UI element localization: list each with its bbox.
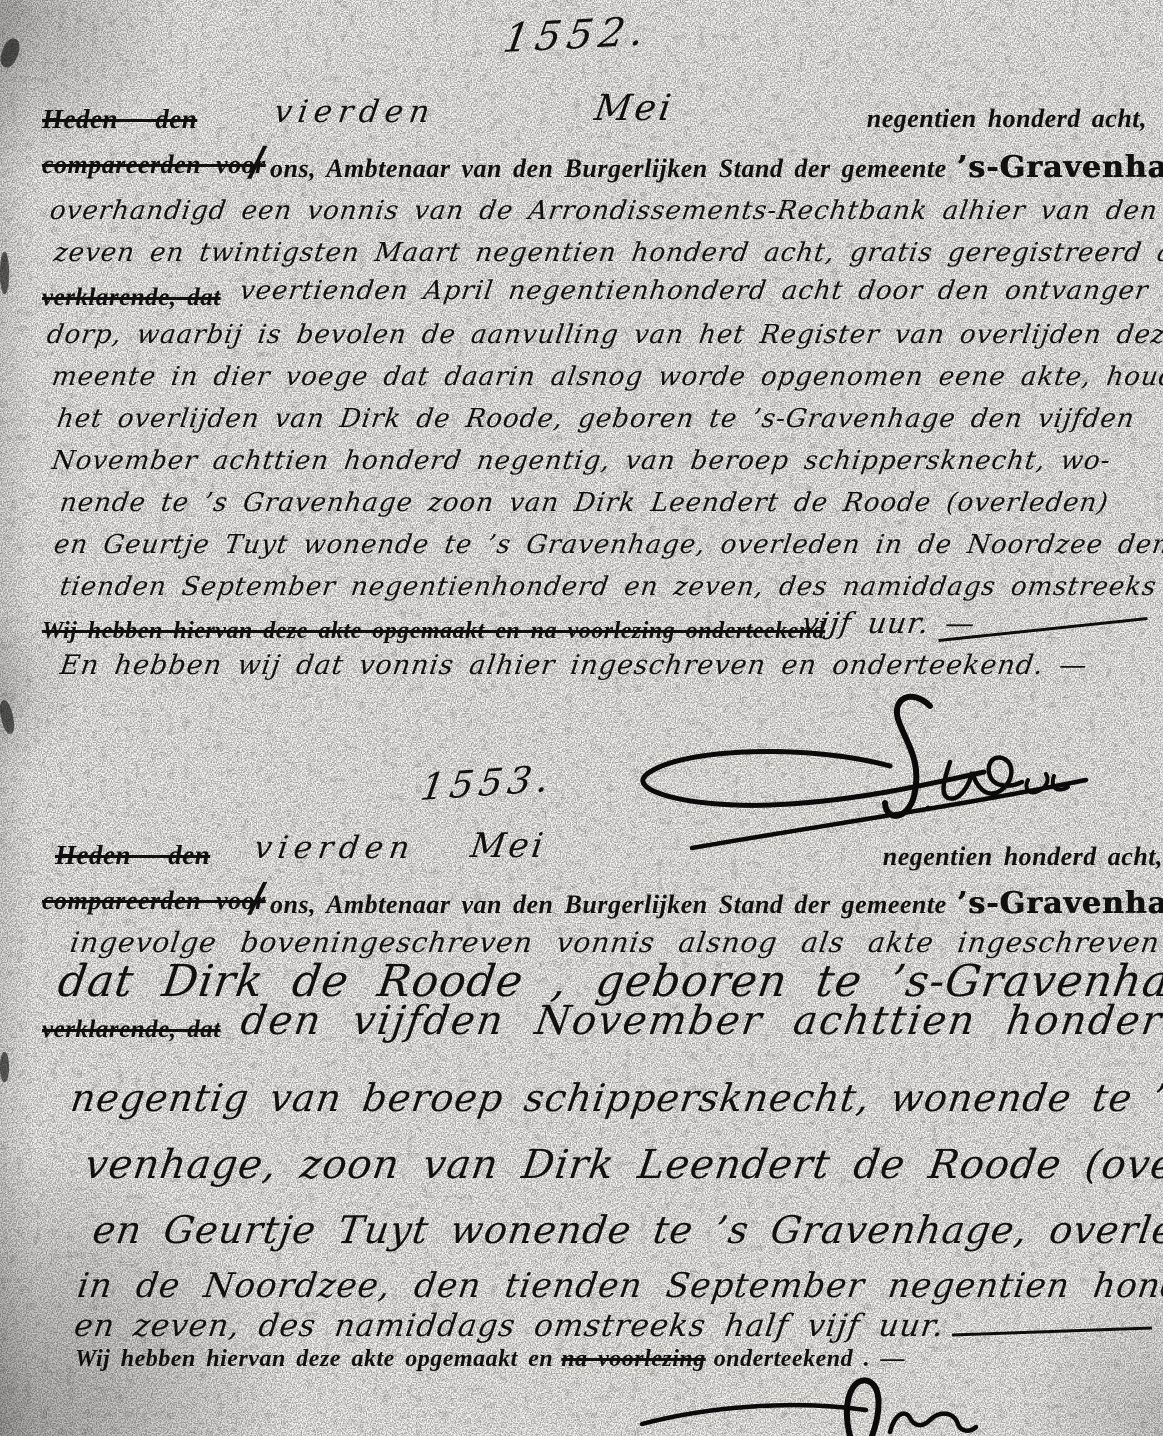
body-line-1553: en zeven, des namiddags omstreeks half v…	[72, 1308, 947, 1344]
filler-stroke	[952, 1327, 1152, 1337]
body-line-1552: overhandigd een vonnis van de Arrondisse…	[48, 196, 1160, 226]
officiant-line-1552: ons, Ambtenaar van den Burgerlijken Stan…	[270, 150, 1163, 185]
handwritten-day-1553: vierden	[252, 830, 418, 866]
body-line-1552: tienden September negentienhonderd en ze…	[58, 572, 1163, 602]
struck-na-voorlezing: na voorlezing	[561, 1346, 706, 1372]
printed-year-1552: negentien honderd acht,	[867, 104, 1147, 134]
printed-heden-den-1553: Heden den	[55, 840, 210, 871]
handwritten-month-1553: Mei	[468, 826, 548, 866]
handwritten-day-1552: vierden	[272, 94, 438, 130]
body-line-1552: dorp, waarbij is bevolen de aanvulling v…	[45, 320, 1163, 350]
body-line-1552: November achttien honderd negentig, van …	[50, 446, 1113, 476]
struck-compareerden-1553: compareerden voor	[42, 886, 266, 916]
officiant-line-1553: ons, Ambtenaar van den Burgerlijken Stan…	[270, 886, 1163, 921]
struck-verklarende-1553: verklarende, dat	[42, 1016, 221, 1044]
closing-suffix: onderteekend . —	[714, 1346, 905, 1372]
gemeente-name: ’s-Gravenhage,	[957, 886, 1163, 921]
scan-edge-mark	[0, 699, 16, 735]
body-line-1553: in de Noordzee, den tienden September ne…	[75, 1266, 1163, 1306]
printed-heden-den-1552: Heden den	[42, 104, 197, 135]
final-line-1552: En hebben wij dat vonnis alhier ingeschr…	[58, 650, 1090, 681]
officiant-text: ons, Ambtenaar van den Burgerlijken Stan…	[270, 890, 947, 919]
body-line-1553: den vijfden November achttien honderd	[238, 998, 1163, 1044]
body-line-1553: ingevolge boveningeschreven vonnis alsno…	[68, 926, 1162, 959]
body-line-1552: meente in dier voege dat daarin alsnog w…	[50, 362, 1163, 392]
act-number-1553: 1553.	[418, 757, 557, 809]
body-line-1552: het overlijden van Dirk de Roode, gebore…	[55, 404, 1137, 434]
signature-flourish-1553-partial	[640, 1372, 980, 1436]
signature-flourish-1552	[628, 686, 1098, 861]
gemeente-name: ’s-Gravenhage,	[957, 150, 1163, 185]
officiant-text: ons, Ambtenaar van den Burgerlijken Stan…	[270, 154, 947, 183]
handwritten-time-1552: vijf uur. —	[800, 606, 978, 640]
body-line-1552: veertienden April negentienhonderd acht …	[238, 276, 1163, 306]
scan-edge-mark	[0, 252, 9, 294]
closing-formula-1553: Wij hebben hiervan deze akte opgemaakt e…	[75, 1346, 913, 1373]
struck-closing-formula-1552: Wij hebben hiervan deze akte opgemaakt e…	[42, 618, 825, 645]
body-line-1552: nende te ’s Gravenhage zoon van Dirk Lee…	[58, 488, 1111, 518]
body-line-1553: en Geurtje Tuyt wonende te ’s Gravenhage…	[90, 1208, 1163, 1252]
scan-edge-mark	[0, 1052, 9, 1082]
handwritten-month-1552: Mei	[592, 88, 676, 129]
body-line-1553: negentig van beroep schippersknecht, won…	[68, 1076, 1163, 1120]
scan-edge-mark	[0, 36, 23, 70]
act-number-1552: 1552.	[500, 8, 653, 62]
struck-compareerden-1552: compareerden voor	[42, 150, 266, 180]
body-line-1552: zeven en twintigsten Maart negentien hon…	[52, 238, 1163, 268]
body-line-1552: en Geurtje Tuyt wonende te ’s Gravenhage…	[52, 530, 1163, 560]
closing-prefix: Wij hebben hiervan deze akte opgemaakt e…	[75, 1346, 553, 1372]
body-line-1553: venhage, zoon van Dirk Leendert de Roode…	[82, 1142, 1163, 1188]
struck-verklarende-1552: verklarende, dat	[42, 284, 221, 312]
